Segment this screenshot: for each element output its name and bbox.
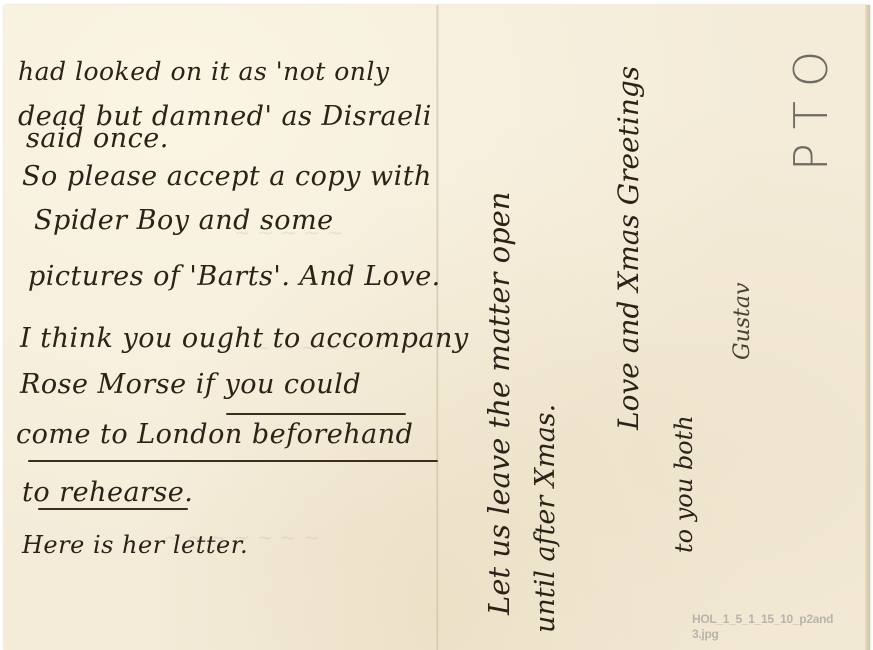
letter-line: come to London beforehand	[16, 419, 413, 450]
letter-sheet: ~ ~ ~ ~ ~ ~ ~ ~ ~ ~ ~ ~ ~ ~ ~ ~ ~ ~ had …	[4, 5, 870, 650]
underline	[38, 508, 188, 510]
letter-line: to rehearse.	[22, 477, 193, 508]
paper-edge	[865, 5, 870, 650]
filename-line-2: 3.jpg	[692, 627, 872, 642]
rotated-line: Love and Xmas Greetings	[612, 66, 645, 430]
letter-line: Here is her letter.	[22, 531, 248, 559]
letter-line: had looked on it as 'not only	[18, 57, 390, 86]
letter-line: said once.	[26, 123, 169, 154]
rotated-line: to you both	[670, 415, 698, 553]
underline	[226, 413, 406, 415]
underline	[28, 460, 438, 462]
signature: Gustav	[730, 283, 755, 360]
letter-line: pictures of 'Barts'. And Love.	[28, 261, 441, 292]
letter-line: So please accept a copy with	[22, 161, 432, 192]
pto-pencil-note: PTO	[784, 37, 838, 171]
rotated-line: Let us leave the matter open	[482, 192, 516, 615]
filename-line-1: HOL_1_5_1_15_10_p2and	[692, 612, 872, 627]
letter-line: Rose Morse if you could	[20, 369, 361, 400]
filename-caption: HOL_1_5_1_15_10_p2and 3.jpg	[692, 612, 872, 642]
letter-line: I think you ought to accompany	[20, 323, 469, 354]
rotated-line: until after Xmas.	[530, 404, 561, 633]
letter-line: Spider Boy and some	[34, 205, 334, 236]
